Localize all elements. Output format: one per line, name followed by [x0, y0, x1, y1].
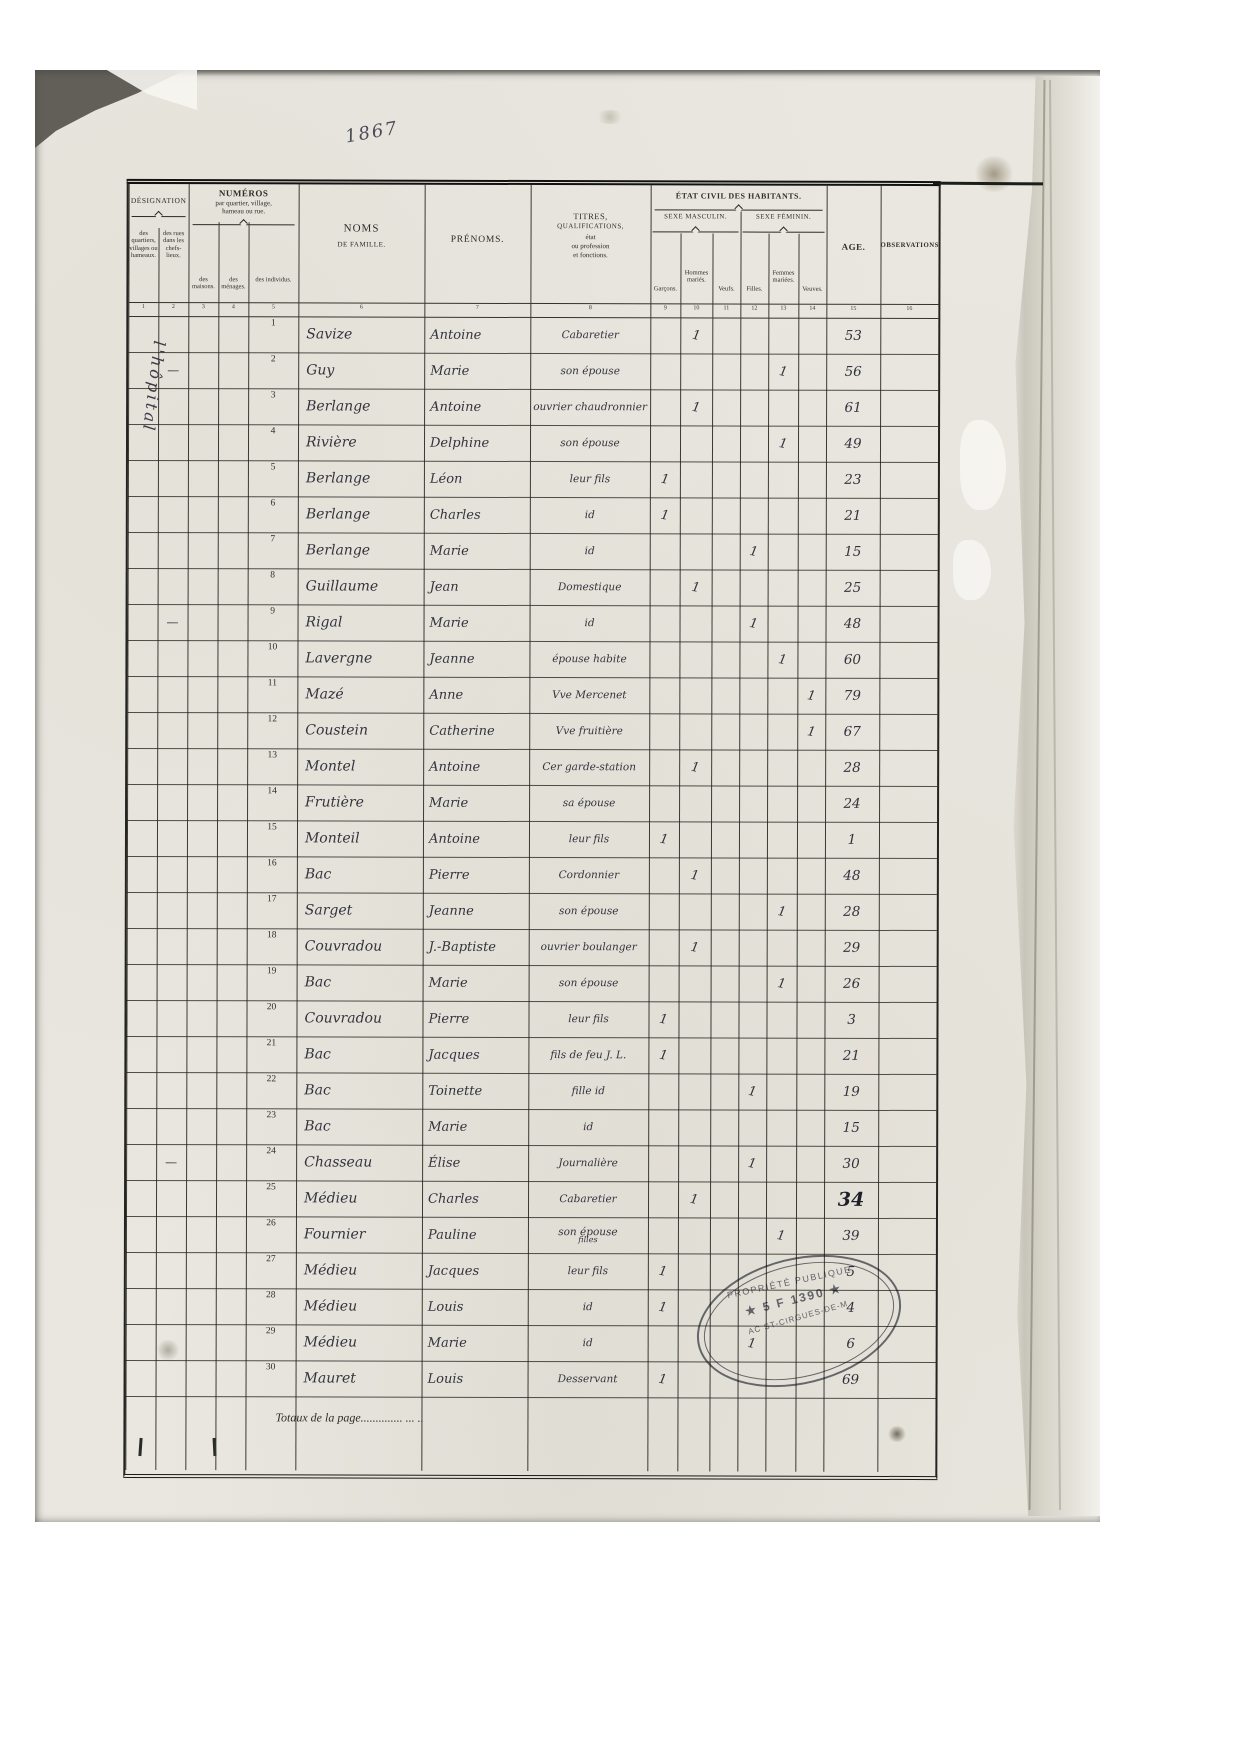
table-row: 19BacMarieson épouse126	[127, 964, 937, 1003]
cell-prenom: Catherine	[423, 723, 529, 738]
numeros-subtitle: hameau ou rue.	[189, 207, 299, 216]
cell-age: 30	[824, 1156, 878, 1172]
column-number: 7	[424, 305, 530, 311]
cell-fm	[767, 1089, 797, 1094]
cell-hm	[678, 1269, 709, 1275]
cell-age: 39	[824, 1228, 878, 1244]
cell-v	[711, 729, 739, 734]
column-number: 10	[680, 305, 712, 311]
cell-age: 15	[826, 544, 880, 560]
cell-titre: Vve Mercenet	[529, 689, 649, 701]
table-row: 13MontelAntoineCer garde-station128	[127, 748, 937, 787]
cell-dash: —	[156, 1155, 186, 1169]
column-header-prenoms: PRÉNOMS.	[425, 235, 531, 247]
cell-v	[711, 873, 739, 878]
cell-prenom: Marie	[424, 363, 530, 378]
table-row: 8GuillaumeJeanDomestique125	[128, 568, 938, 607]
cell-num: 4	[248, 424, 298, 436]
cell-v	[711, 909, 739, 914]
cell-hm	[680, 441, 711, 447]
cell-nom: Montel	[297, 758, 423, 774]
cell-vv	[798, 513, 826, 518]
column-lines	[129, 184, 939, 186]
table-row: 18CouvradouJ.-Baptisteouvrier boulanger1…	[127, 928, 937, 967]
stain	[973, 156, 1015, 192]
cell-num: 27	[246, 1252, 296, 1264]
cell-fm: 1	[767, 362, 799, 382]
cell-fm	[768, 693, 798, 698]
column-header-numeros: NUMÉROS	[189, 188, 299, 200]
cell-num: 21	[246, 1036, 296, 1048]
cell-hm	[679, 837, 710, 843]
cell-f: 1	[737, 1154, 767, 1174]
cell-v	[712, 585, 740, 590]
cell-f	[739, 1017, 767, 1022]
cell-nom: Frutière	[297, 794, 423, 810]
cell-num: 24	[246, 1144, 296, 1156]
column-header-noms: NOMS	[299, 222, 425, 236]
cell-prenom: Pauline	[422, 1227, 528, 1242]
cell-titre: sa épouse	[529, 797, 649, 809]
cell-titre: id	[530, 545, 650, 557]
cell-g: 1	[647, 1045, 679, 1065]
column-number: 6	[298, 304, 424, 310]
cell-v	[711, 801, 739, 806]
cell-num: 22	[246, 1072, 296, 1084]
cell-hm	[680, 477, 711, 483]
cell-prenom: Antoine	[423, 759, 529, 774]
cell-prenom: Delphine	[424, 435, 530, 450]
subheader-garcons: Garçons.	[650, 285, 680, 293]
cell-nom: Guillaume	[298, 578, 424, 594]
cell-num: 7	[248, 532, 298, 544]
cell-nom: Monteil	[297, 830, 423, 846]
cell-prenom: Élise	[422, 1155, 528, 1170]
subheader-filles: Filles.	[740, 286, 768, 294]
cell-vv	[797, 873, 825, 878]
cell-titre: id	[528, 1121, 648, 1133]
cell-titre: Journalière	[528, 1157, 648, 1169]
cell-nom: Berlange	[298, 506, 424, 522]
totals-row: Totaux de la page.............. ... ..	[275, 1410, 423, 1425]
cell-f	[740, 657, 768, 662]
cell-hm	[679, 801, 710, 807]
cell-vv: 1	[796, 722, 826, 742]
cell-prenom: Léon	[424, 471, 530, 486]
cell-age: 26	[825, 976, 879, 992]
cell-num: 30	[246, 1360, 296, 1372]
cell-prenom: Toinette	[422, 1083, 528, 1098]
column-number: 16	[880, 306, 938, 312]
cell-vv	[798, 549, 826, 554]
table-row: 26FournierPaulineson épousefilles139	[126, 1216, 936, 1255]
cell-age: 28	[825, 904, 879, 920]
cell-hm: 1	[678, 757, 712, 777]
subheader-femmes-mariees: Femmes mariées.	[768, 270, 798, 285]
cell-hm: 1	[677, 1189, 711, 1209]
cell-num: 1	[248, 316, 298, 328]
cell-age: 60	[825, 652, 879, 668]
cell-vv	[798, 657, 826, 662]
cell-hm	[679, 981, 710, 987]
cell-g	[648, 1233, 678, 1238]
cell-v	[711, 1017, 739, 1022]
cell-g	[650, 585, 680, 590]
cell-vv	[796, 1233, 824, 1238]
column-header-noms-sub: DE FAMILLE.	[299, 240, 425, 249]
cell-num: 19	[247, 964, 297, 976]
cell-fm	[766, 1161, 796, 1166]
cell-f	[740, 585, 768, 590]
cell-vv	[797, 1053, 825, 1058]
cell-prenom: Marie	[422, 1335, 528, 1350]
cell-prenom: J.-Baptiste	[423, 939, 529, 954]
cell-nom: Guy	[298, 362, 424, 378]
year-annotation: 1867	[344, 117, 401, 147]
cell-v	[712, 477, 740, 482]
cell-nom: Coustein	[297, 722, 423, 738]
cell-prenom: Anne	[423, 687, 529, 702]
column-number: 2	[158, 304, 188, 310]
cell-v	[711, 1089, 739, 1094]
table-row: 4RivièreDelphineson épouse149	[128, 424, 938, 463]
cell-g: 1	[647, 1009, 679, 1029]
cell-v	[712, 549, 740, 554]
cell-fm: 1	[766, 650, 798, 670]
cell-f: 1	[739, 542, 769, 562]
cell-titre: son épousefilles	[528, 1226, 648, 1244]
cell-num: 20	[247, 1000, 297, 1012]
cell-vv	[798, 441, 826, 446]
cell-prenom: Louis	[422, 1371, 528, 1386]
cell-titre: Cabaretier	[530, 329, 650, 341]
cell-nom: Mauret	[296, 1370, 422, 1386]
table-row: 22BacToinettefille id119	[126, 1072, 936, 1111]
cell-hm	[679, 1017, 710, 1023]
cell-nom: Mazé	[297, 686, 423, 702]
cell-g	[649, 873, 679, 878]
cell-g	[650, 405, 680, 410]
table-row: 12CousteinCatherineVve fruitière167	[127, 712, 937, 751]
cell-g	[648, 1125, 678, 1130]
cell-g	[650, 549, 680, 554]
cell-hm	[680, 513, 711, 519]
table-row: 11MazéAnneVve Mercenet179	[127, 676, 937, 715]
cell-g: 1	[649, 505, 681, 525]
cell-v	[711, 1053, 739, 1058]
cell-num: 18	[247, 928, 297, 940]
cell-fm	[767, 1017, 797, 1022]
brace	[132, 210, 186, 217]
cell-titre: id	[528, 1301, 648, 1313]
column-number: 13	[768, 306, 798, 312]
cell-titre: id	[530, 617, 650, 629]
subheader-maisons: des maisons.	[188, 276, 218, 291]
cell-age: 49	[826, 436, 880, 452]
cell-prenom: Pierre	[423, 867, 529, 882]
cell-fm	[766, 1197, 796, 1202]
cell-vv	[798, 405, 826, 410]
table-row: —24ChasseauÉliseJournalière130	[126, 1144, 936, 1183]
cell-age: 21	[824, 1048, 878, 1064]
cell-age: 28	[825, 760, 879, 776]
cell-fm	[767, 765, 797, 770]
column-header-titres: et fonctions.	[530, 251, 650, 260]
cell-titre: Vve fruitière	[529, 725, 649, 737]
cell-vv	[797, 981, 825, 986]
table-row: —2GuyMarieson épouse156	[128, 352, 938, 391]
cell-hm	[679, 1089, 710, 1095]
brace	[193, 218, 295, 225]
table-row: —9RigalMarieid148	[127, 604, 937, 643]
cell-age: 15	[824, 1120, 878, 1136]
cell-fm: 1	[767, 434, 799, 454]
cell-g	[649, 801, 679, 806]
cell-fm	[767, 873, 797, 878]
cell-vv	[797, 1089, 825, 1094]
cell-vv	[796, 1125, 824, 1130]
cell-age: 23	[826, 472, 880, 488]
torn-edge-highlight	[953, 540, 991, 600]
cell-prenom: Pierre	[422, 1011, 528, 1026]
cell-prenom: Louis	[422, 1299, 528, 1314]
cell-age: 79	[825, 688, 879, 704]
column-header-sexe-feminin: SEXE FÉMININ.	[741, 214, 827, 223]
column-number: 3	[188, 304, 218, 310]
cell-g	[649, 729, 679, 734]
cell-num: 15	[247, 820, 297, 832]
cell-fm: 1	[765, 1226, 797, 1246]
cell-prenom: Marie	[423, 795, 529, 810]
cell-vv	[797, 909, 825, 914]
cell-titre: Cer garde-station	[529, 761, 649, 773]
cell-num: 2	[248, 352, 298, 364]
cell-nom: Berlange	[298, 542, 424, 558]
cell-age: 24	[825, 796, 879, 812]
cell-prenom: Jeanne	[423, 903, 529, 918]
table-row: 3BerlangeAntoineouvrier chaudronnier161	[128, 388, 938, 427]
table-row: 25MédieuCharlesCabaretier134	[126, 1180, 936, 1219]
cell-v	[712, 693, 740, 698]
cell-vv	[797, 1017, 825, 1022]
cell-v	[710, 1269, 738, 1274]
column-number: 8	[530, 305, 650, 311]
cell-nom: Rigal	[298, 614, 424, 630]
cell-age: 3	[824, 1012, 878, 1028]
cell-vv	[798, 369, 826, 374]
cell-nom: Médieu	[296, 1334, 422, 1350]
cell-v	[710, 1233, 738, 1238]
cell-titre: son épouse	[530, 365, 650, 377]
cell-nom: Bac	[297, 974, 423, 990]
table-row: 1SavizeAntoineCabaretier153	[128, 316, 938, 355]
cell-v	[710, 1125, 738, 1130]
cell-nom: Couvradou	[297, 938, 423, 954]
column-header-etat-civil: ÉTAT CIVIL DES HABITANTS.	[651, 191, 827, 201]
cell-fm	[767, 729, 797, 734]
cell-nom: Berlange	[298, 470, 424, 486]
cell-fm: 1	[766, 974, 798, 994]
cell-num: 26	[246, 1216, 296, 1228]
cell-nom: Rivière	[298, 434, 424, 450]
subheader-quartiers: des quartiers, villages ou hameaux.	[128, 230, 158, 260]
cell-fm	[768, 405, 798, 410]
cell-f: 1	[738, 614, 768, 634]
cell-prenom: Charles	[422, 1191, 528, 1206]
cell-f	[738, 1197, 766, 1202]
cell-nom: Médieu	[296, 1298, 422, 1314]
cell-nom: Médieu	[296, 1262, 422, 1278]
cell-num: 12	[247, 712, 297, 724]
cell-fm	[767, 801, 797, 806]
cell-v	[710, 1197, 738, 1202]
column-header-designation: DÉSIGNATION	[129, 196, 189, 206]
column-header-age: AGE.	[827, 242, 881, 253]
scanned-census-page: 1867 l'hôpital DÉSIGNATION NUMÉROS par q…	[0, 0, 1240, 1754]
column-number: 9	[650, 305, 680, 311]
cell-f	[738, 1125, 766, 1130]
cell-age: 56	[826, 364, 880, 380]
cell-g	[650, 441, 680, 446]
cell-g	[650, 621, 680, 626]
cell-titre: son épouse	[529, 977, 649, 989]
cell-num: 13	[247, 748, 297, 760]
cell-prenom: Antoine	[424, 327, 530, 342]
table-row: 5BerlangeLéonleur fils123	[128, 460, 938, 499]
cell-hm	[679, 909, 710, 915]
cell-dash: —	[158, 363, 188, 377]
table-row: 20CouvradouPierreleur fils13	[126, 1000, 936, 1039]
totals-label: Totaux de la page	[275, 1410, 360, 1424]
cell-age: 21	[826, 508, 880, 524]
cell-f	[739, 801, 767, 806]
cell-vv	[796, 1161, 824, 1166]
cell-hm	[680, 657, 711, 663]
cell-num: 23	[246, 1108, 296, 1120]
cell-fm	[766, 1125, 796, 1130]
cell-hm	[678, 1125, 709, 1131]
column-number-strip: 12345678910111213141516	[129, 184, 939, 186]
cell-vv	[797, 837, 825, 842]
cell-hm: 1	[679, 577, 713, 597]
cell-f	[739, 729, 767, 734]
subheader-individus: des individus.	[248, 276, 298, 284]
cell-f	[739, 1053, 767, 1058]
cell-age: 48	[825, 868, 879, 884]
cell-v	[712, 441, 740, 446]
cell-f	[740, 441, 768, 446]
cell-fm	[769, 333, 799, 338]
cell-f	[739, 765, 767, 770]
table-body: 1SavizeAntoineCabaretier153—2GuyMarieson…	[129, 184, 939, 186]
cell-titre: leur fils	[529, 833, 649, 845]
cell-titre: Cordonnier	[529, 869, 649, 881]
cell-num: 14	[247, 784, 297, 796]
subheader-hommes-maries: Hommes mariés.	[680, 269, 712, 284]
cell-g: 1	[647, 1297, 679, 1317]
cell-g: 1	[646, 1369, 678, 1389]
cell-fm	[768, 549, 798, 554]
cell-num: 9	[248, 604, 298, 616]
cell-hm: 1	[679, 325, 713, 345]
cell-num: 25	[246, 1180, 296, 1192]
column-header-sexe-masculin: SEXE MASCULIN.	[651, 213, 741, 222]
table-row: 7BerlangeMarieid115	[128, 532, 938, 571]
cell-f	[739, 837, 767, 842]
table-row: 15MonteilAntoineleur fils11	[127, 820, 937, 859]
titre-note: filles	[528, 1235, 648, 1244]
cell-nom: Couvradou	[296, 1010, 422, 1026]
cell-fm: 1	[766, 902, 798, 922]
cell-f	[740, 693, 768, 698]
column-number: 4	[218, 304, 248, 310]
cell-g	[650, 693, 680, 698]
cell-prenom: Marie	[422, 1119, 528, 1134]
cell-f	[739, 945, 767, 950]
cell-f	[739, 909, 767, 914]
cell-g: 1	[648, 829, 680, 849]
cell-fm	[767, 837, 797, 842]
subheader-rues: des rues dans les chefs-lieux.	[158, 230, 188, 260]
cell-nom: Sarget	[297, 902, 423, 918]
cell-g	[649, 945, 679, 950]
cell-prenom: Jeanne	[423, 651, 529, 666]
cell-hm	[680, 369, 711, 375]
cell-nom: Berlange	[298, 398, 424, 414]
cell-titre: Cabaretier	[528, 1193, 648, 1205]
stain	[595, 110, 625, 124]
cell-f	[739, 981, 767, 986]
subheader-menages: des ménages.	[218, 276, 248, 291]
cell-num: 17	[247, 892, 297, 904]
cell-vv	[798, 585, 826, 590]
brace	[743, 226, 825, 233]
cell-age: 67	[825, 724, 879, 740]
cell-v	[712, 657, 740, 662]
totals-leader: .............. ... ..	[361, 1411, 424, 1425]
cell-nom: Savize	[298, 326, 424, 342]
cell-g: 1	[649, 469, 681, 489]
torn-edge-highlight	[960, 420, 1006, 510]
cell-num: 3	[248, 388, 298, 400]
cell-prenom: Jacques	[422, 1047, 528, 1062]
cell-age: 29	[825, 940, 879, 956]
column-number: 5	[248, 304, 298, 310]
cell-vv	[797, 801, 825, 806]
cell-g	[650, 369, 680, 374]
column-header-observations: OBSERVATIONS.	[881, 242, 939, 251]
cell-v	[711, 981, 739, 986]
cell-titre: fille id	[528, 1085, 648, 1097]
cell-f	[740, 369, 768, 374]
cell-nom: Bac	[297, 866, 423, 882]
cell-titre: son épouse	[529, 905, 649, 917]
cell-v	[712, 405, 740, 410]
cell-hm	[678, 1233, 709, 1239]
cell-hm	[680, 693, 711, 699]
cell-g	[648, 1197, 678, 1202]
cell-v	[710, 1161, 738, 1166]
cell-hm: 1	[678, 937, 712, 957]
paper-sheet: 1867 l'hôpital DÉSIGNATION NUMÉROS par q…	[35, 70, 1100, 1522]
cell-g	[648, 1161, 678, 1166]
cell-prenom: Jacques	[422, 1263, 528, 1278]
column-header-titres: état	[531, 233, 651, 242]
cell-hm	[678, 1161, 709, 1167]
cell-nom: Lavergne	[297, 650, 423, 666]
table-row: 10LavergneJeanneépouse habite160	[127, 640, 937, 679]
cell-hm	[679, 1053, 710, 1059]
